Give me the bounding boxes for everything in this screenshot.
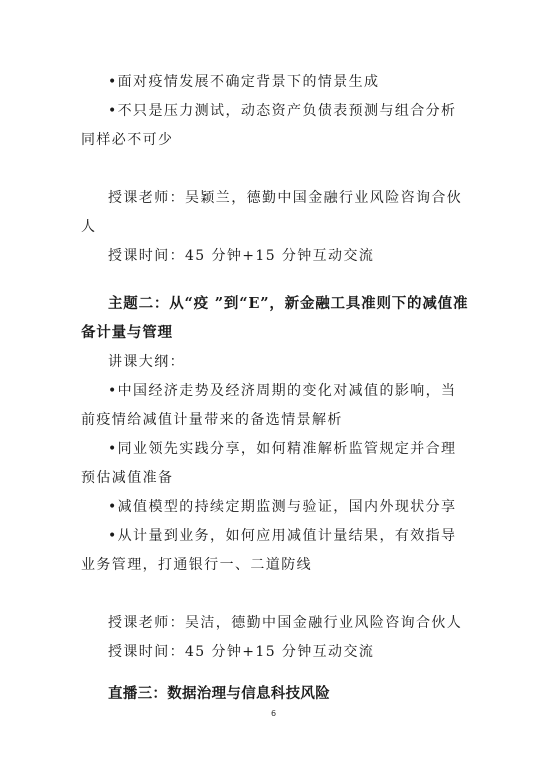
duration-2: 授课时间：45 分钟+15 分钟互动交流 [108,642,488,662]
bullet-measurement-to-business-cont: 业务管理，打通银行一、二道防线 [81,555,461,575]
page-number: 6 [271,709,276,718]
instructor-1: 授课老师：吴颖兰，德勤中国金融行业风险咨询合伙 [108,188,488,208]
topic-2-heading: 主题二：从“疫 ”到“E”，新金融工具准则下的减值准 [108,294,488,314]
bullet-economic-trend-cont: 前疫情给减值计量带来的备选情景解析 [81,410,461,430]
bullet-peer-practice-cont: 预估减值准备 [81,468,461,488]
bullet-stress-test: •不只是压力测试，动态资产负债表预测与组合分析 [108,101,488,121]
topic-2-heading-cont: 备计量与管理 [81,323,461,343]
bullet-measurement-to-business: •从计量到业务，如何应用减值计量结果，有效指导 [108,526,488,546]
bullet-scenario-generation: •面对疫情发展不确定背景下的情景生成 [108,72,488,92]
duration-1: 授课时间：45 分钟+15 分钟互动交流 [108,246,488,266]
instructor-2: 授课老师：吴洁，德勤中国金融行业风险咨询合伙人 [108,613,488,633]
bullet-peer-practice: •同业领先实践分享，如何精准解析监管规定并合理 [108,439,488,459]
bullet-economic-trend: •中国经济走势及经济周期的变化对减值的影响，当 [108,381,488,401]
live-3-heading: 直播三：数据治理与信息科技风险 [108,684,488,704]
bullet-stress-test-cont: 同样必不可少 [81,130,461,150]
outline-label: 讲课大纲： [108,352,488,372]
bullet-model-monitoring: •减值模型的持续定期监测与验证，国内外现状分享 [108,497,488,517]
document-page: •面对疫情发展不确定背景下的情景生成 •不只是压力测试，动态资产负债表预测与组合… [0,0,550,777]
instructor-1-cont: 人 [81,217,461,237]
